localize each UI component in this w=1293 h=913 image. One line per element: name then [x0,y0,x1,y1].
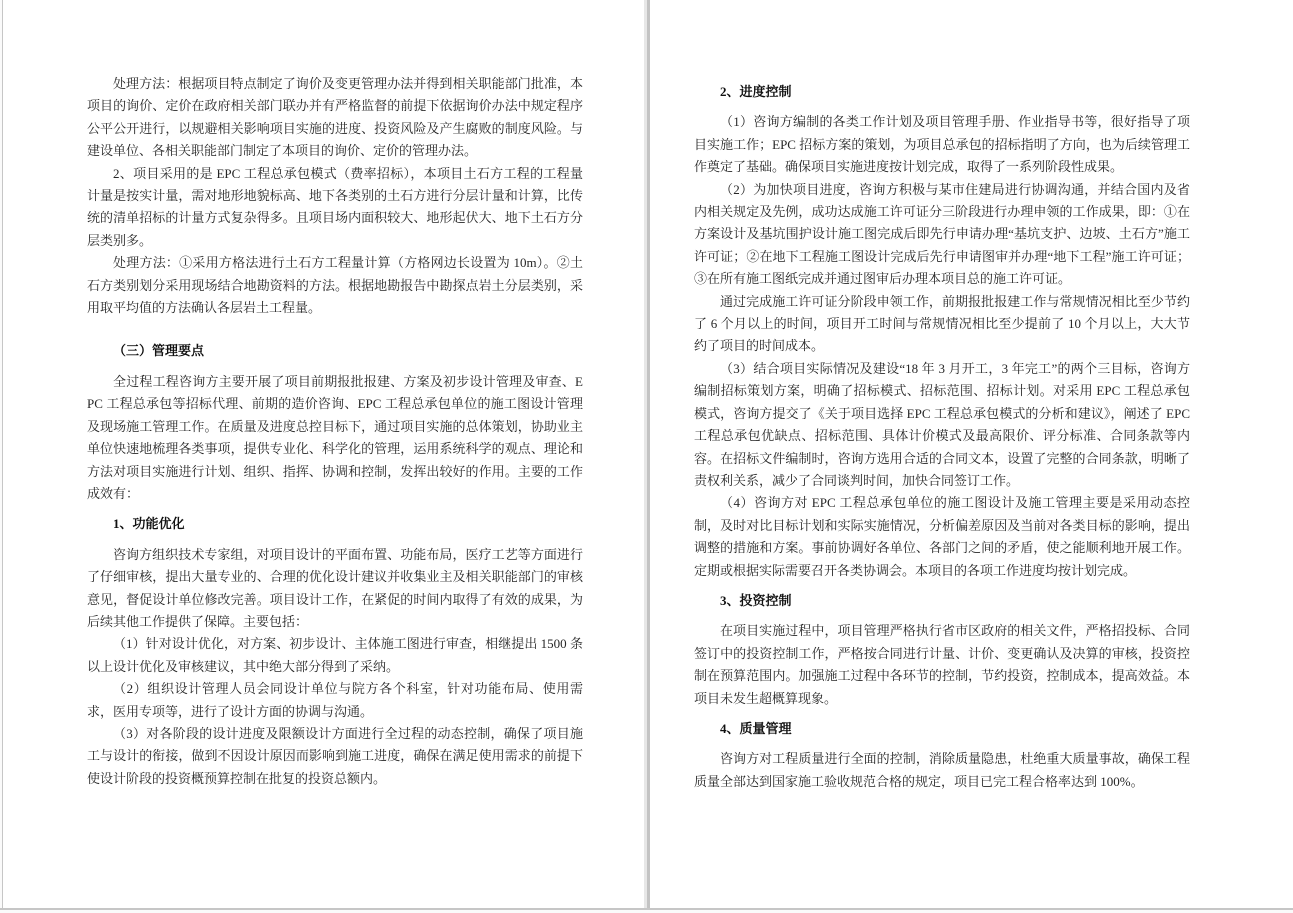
section-heading: 2、进度控制 [694,81,1190,103]
paragraph: 处理方法：根据项目特点制定了询价及变更管理办法并得到相关职能部门批准，本项目的询… [87,73,583,163]
document-viewport: 处理方法：根据项目特点制定了询价及变更管理办法并得到相关职能部门批准，本项目的询… [0,0,1293,913]
paragraph: （4）咨询方对 EPC 工程总承包单位的施工图设计及施工管理主要是采用动态控制，… [694,492,1190,582]
paragraph: （3）结合项目实际情况及建设“18 年 3 月开工，3 年完工”的两个三目标，咨… [694,358,1190,492]
paragraph: 处理方法：①采用方格法进行土石方工程量计算（方格网边长设置为 10m）。②土石方… [87,252,583,319]
page-left: 处理方法：根据项目特点制定了询价及变更管理办法并得到相关职能部门批准，本项目的询… [3,0,644,908]
paragraph: （1）咨询方编制的各类工作计划及项目管理手册、作业指导书等，很好指导了项目实施工… [694,111,1190,178]
paragraph: （1）针对设计优化，对方案、初步设计、主体施工图进行审查，相继提出 1500 条… [87,633,583,678]
page-divider-line [647,0,650,908]
paragraph: 通过完成施工许可证分阶段申领工作，前期报批报建工作与常规情况相比至少节约了 6 … [694,291,1190,358]
paragraph: （3）对各阶段的设计进度及限额设计方面进行全过程的动态控制，确保了项目施工与设计… [87,723,583,790]
paragraph: （2）组织设计管理人员会同设计单位与院方各个科室，针对功能布局、使用需求，医用专… [87,678,583,723]
paragraph: （2）为加快项目进度，咨询方积极与某市住建局进行协调沟通，并结合国内及省内相关规… [694,179,1190,291]
paragraph: 咨询方组织技术专家组，对项目设计的平面布置、功能布局，医疗工艺等方面进行了仔细审… [87,544,583,634]
page-left-border [2,0,3,908]
section-heading: 4、质量管理 [694,718,1190,740]
section-heading: 3、投资控制 [694,590,1190,612]
section-heading: （三）管理要点 [87,340,583,362]
paragraph: 在项目实施过程中，项目管理严格执行省市区政府的相关文件，严格招投标、合同签订中的… [694,620,1190,710]
page-right: 2、进度控制（1）咨询方编制的各类工作计划及项目管理手册、作业指导书等，很好指导… [650,0,1293,908]
section-heading: 1、功能优化 [87,513,583,535]
paragraph: 咨询方对工程质量进行全面的控制，消除质量隐患，杜绝重大质量事故，确保工程质量全部… [694,748,1190,793]
page-bottom-border [0,908,1293,910]
paragraph: 全过程工程咨询方主要开展了项目前期报批报建、方案及初步设计管理及审查、EPC 工… [87,371,583,505]
paragraph: 2、项目采用的是 EPC 工程总承包模式（费率招标），本项目土石方工程的工程量计… [87,163,583,253]
